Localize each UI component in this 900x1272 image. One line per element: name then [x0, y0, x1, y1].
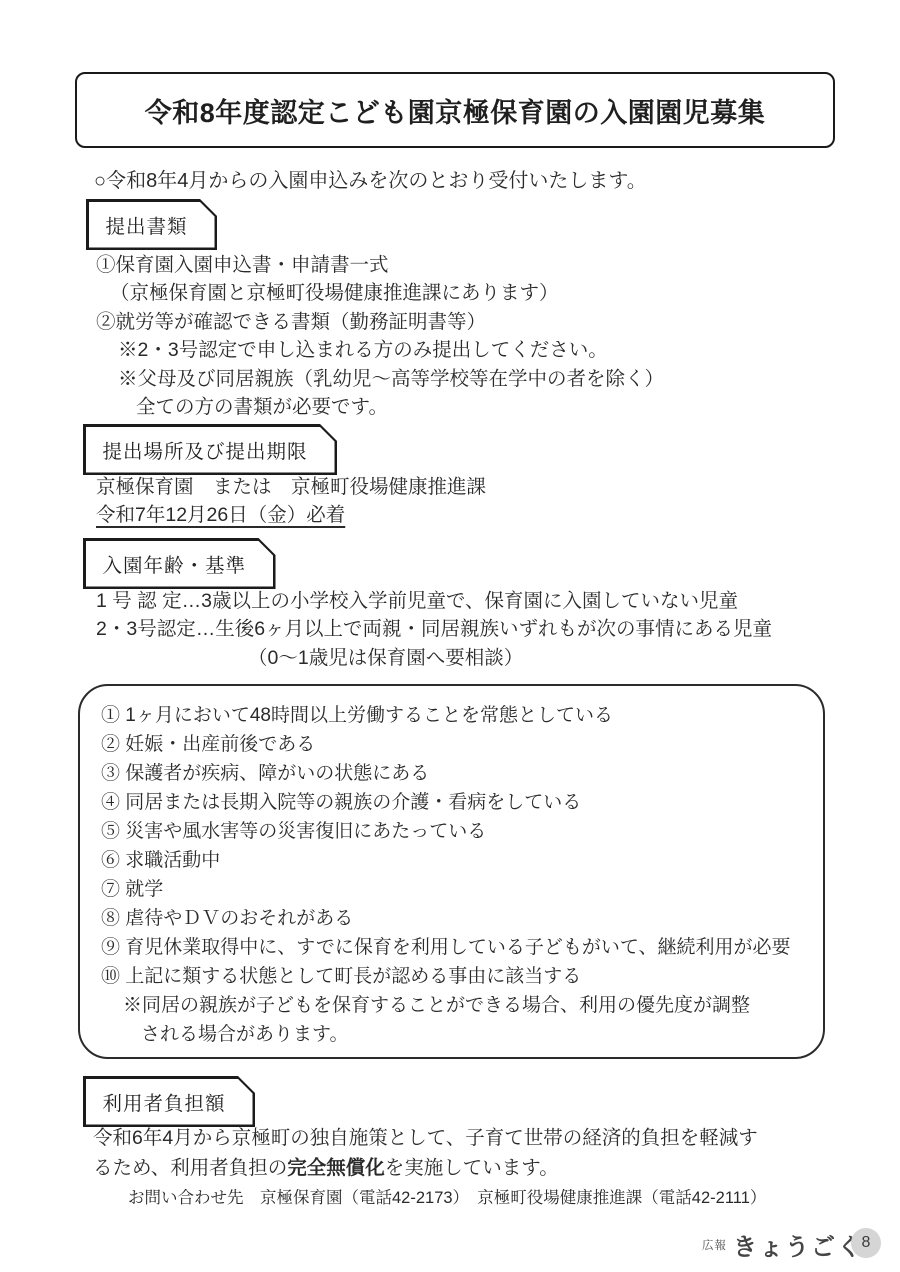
place-section-body: 京極保育園 または 京極町役場健康推進課 令和7年12月26日（金）必着	[96, 473, 486, 530]
condition-note-2: される場合があります。	[101, 1020, 790, 1049]
doc-line: ※父母及び同居親族（乳幼児～高等学校等在学中の者を除く）	[96, 365, 664, 393]
condition-note-1: ※同居の親族が子どもを保育することができる場合、利用の優先度が調整	[101, 991, 790, 1020]
condition-item: ⑨ 育児休業取得中に、すでに保育を利用している子どもがいて、継続利用が必要	[101, 933, 790, 962]
section-label-fees-text: 利用者負担額	[86, 1079, 253, 1125]
condition-item: ③ 保護者が疾病、障がいの状態にある	[101, 759, 790, 788]
section-label-place-text: 提出場所及び提出期限	[86, 427, 335, 473]
doc-line: 全ての方の書類が必要です。	[96, 393, 664, 421]
place-line: 京極保育園 または 京極町役場健康推進課	[96, 473, 486, 501]
logo-prefix: 広報	[702, 1237, 727, 1253]
condition-item: ① 1ヶ月において48時間以上労働することを常態としている	[101, 701, 790, 730]
section-label-documents-text: 提出書類	[89, 202, 215, 248]
condition-item: ⑤ 災害や風水害等の災害復旧にあたっている	[101, 817, 790, 846]
deadline-line: 令和7年12月26日（金）必着	[96, 501, 486, 529]
intro-line: ○令和8年4月からの入園申込みを次のとおり受付いたします。	[94, 164, 647, 193]
age-section-body: 1 号 認 定…3歳以上の小学校入学前児童で、保育園に入園していない児童 2・3…	[96, 587, 772, 672]
fee-line-2: るため、利用者負担の完全無償化を実施しています。	[93, 1154, 758, 1184]
conditions-box: ① 1ヶ月において48時間以上労働することを常態としている ② 妊娠・出産前後で…	[78, 684, 825, 1059]
doc-line: ※2・3号認定で申し込まれる方のみ提出してください。	[96, 336, 664, 364]
doc-line: ②就労等が確認できる書類（勤務証明書等）	[96, 308, 664, 336]
condition-item: ⑩ 上記に類する状態として町長が認める事由に該当する	[101, 962, 790, 991]
contact-line: お問い合わせ先 京極保育園（電話42-2173） 京極町役場健康推進課（電話42…	[128, 1184, 766, 1208]
fee-line-2-post: を実施しています。	[385, 1157, 559, 1179]
condition-item: ④ 同居または長期入院等の親族の介護・看病をしている	[101, 788, 790, 817]
fees-section-body: 令和6年4月から京極町の独自施策として、子育て世帯の経済的負担を軽減す るため、…	[93, 1124, 758, 1183]
age-line-3: （0～1歳児は保育園へ要相談）	[96, 644, 772, 672]
fee-line-1: 令和6年4月から京極町の独自施策として、子育て世帯の経済的負担を軽減す	[93, 1124, 758, 1154]
section-label-place: 提出場所及び提出期限	[83, 424, 337, 475]
condition-item: ⑥ 求職活動中	[101, 846, 790, 875]
doc-line: （京極保育園と京極町役場健康推進課にあります）	[96, 279, 664, 307]
section-label-fees: 利用者負担額	[83, 1076, 255, 1127]
page-title-box: 令和8年度認定こども園京極保育園の入園園児募集	[75, 72, 835, 148]
condition-item: ② 妊娠・出産前後である	[101, 730, 790, 759]
section-label-age-text: 入園年齢・基準	[86, 541, 274, 587]
age-line-1: 1 号 認 定…3歳以上の小学校入学前児童で、保育園に入園していない児童	[96, 587, 772, 615]
fee-highlight: 完全無償化	[287, 1157, 385, 1179]
page-number-badge: 8	[851, 1228, 881, 1258]
logo-name: きょうごく	[733, 1227, 863, 1262]
age-line-2: 2・3号認定…生後6ヶ月以上で両親・同居親族いずれもが次の事情にある児童	[96, 615, 772, 643]
section-label-age: 入園年齢・基準	[83, 538, 276, 589]
condition-item: ⑦ 就学	[101, 875, 790, 904]
documents-section-body: ①保育園入園申込書・申請書一式 （京極保育園と京極町役場健康推進課にあります） …	[96, 251, 664, 421]
fee-line-2-pre: るため、利用者負担の	[93, 1157, 287, 1179]
doc-line: ①保育園入園申込書・申請書一式	[96, 251, 664, 279]
section-label-documents: 提出書類	[86, 199, 217, 250]
conditions-list: ① 1ヶ月において48時間以上労働することを常態としている ② 妊娠・出産前後で…	[101, 701, 790, 1049]
page-title: 令和8年度認定こども園京極保育園の入園園児募集	[145, 91, 766, 130]
condition-item: ⑧ 虐待やＤＶのおそれがある	[101, 904, 790, 933]
newsletter-logo: 広報 きょうごく	[702, 1227, 863, 1262]
